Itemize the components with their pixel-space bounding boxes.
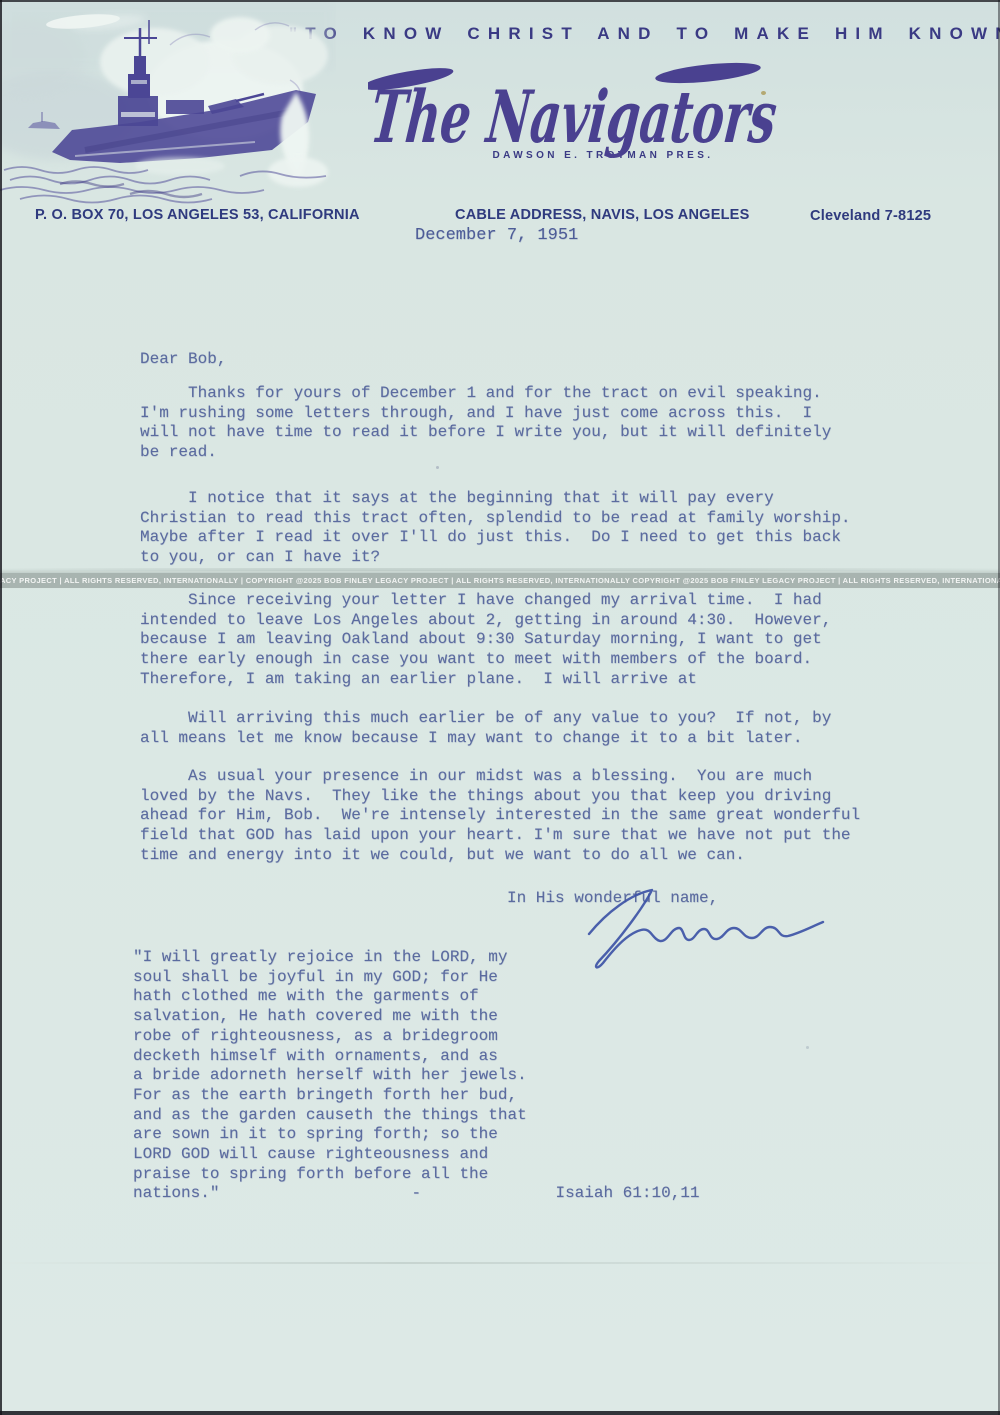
fold-crease: [0, 1262, 1000, 1264]
address-phone: Cleveland 7-8125: [810, 207, 931, 224]
address-po-box: P. O. BOX 70, LOS ANGELES 53, CALIFORNIA: [35, 206, 360, 223]
letter-scan: "TO KNOW CHRIST AND TO MAKE HIM KNOWN" T…: [0, 0, 1000, 1415]
fold-crease: [0, 568, 1000, 571]
battleship-icon: [0, 0, 336, 206]
letter-paragraph: Will arriving this much earlier be of an…: [140, 709, 831, 748]
letterhead-slogan: "TO KNOW CHRIST AND TO MAKE HIM KNOWN": [289, 24, 1000, 44]
letter-date: December 7, 1951: [415, 226, 578, 246]
scripture-quote: "I will greatly rejoice in the LORD, my …: [133, 948, 700, 1204]
scan-edge: [0, 1411, 1000, 1415]
letter-paragraph: Thanks for yours of December 1 and for t…: [140, 384, 831, 463]
signature-script: [555, 886, 825, 974]
paper-fleck: [436, 466, 439, 469]
copyright-watermark: ACY PROJECT | ALL RIGHTS RESERVED, INTER…: [0, 573, 1000, 588]
navigators-logo: The Navigators: [368, 52, 798, 172]
logo-script-text: The Navigators: [368, 75, 781, 160]
address-cable: CABLE ADDRESS, NAVIS, LOS ANGELES: [455, 206, 749, 223]
scan-edge: [0, 0, 2, 1415]
paper-fleck: [806, 1046, 809, 1049]
letter-paragraph: I notice that it says at the beginning t…: [140, 489, 851, 568]
scan-edge: [0, 0, 1000, 2]
salutation: Dear Bob,: [140, 350, 226, 370]
letter-paragraph: As usual your presence in our midst was …: [140, 767, 860, 866]
letter-paragraph: Since receiving your letter I have chang…: [140, 591, 831, 690]
